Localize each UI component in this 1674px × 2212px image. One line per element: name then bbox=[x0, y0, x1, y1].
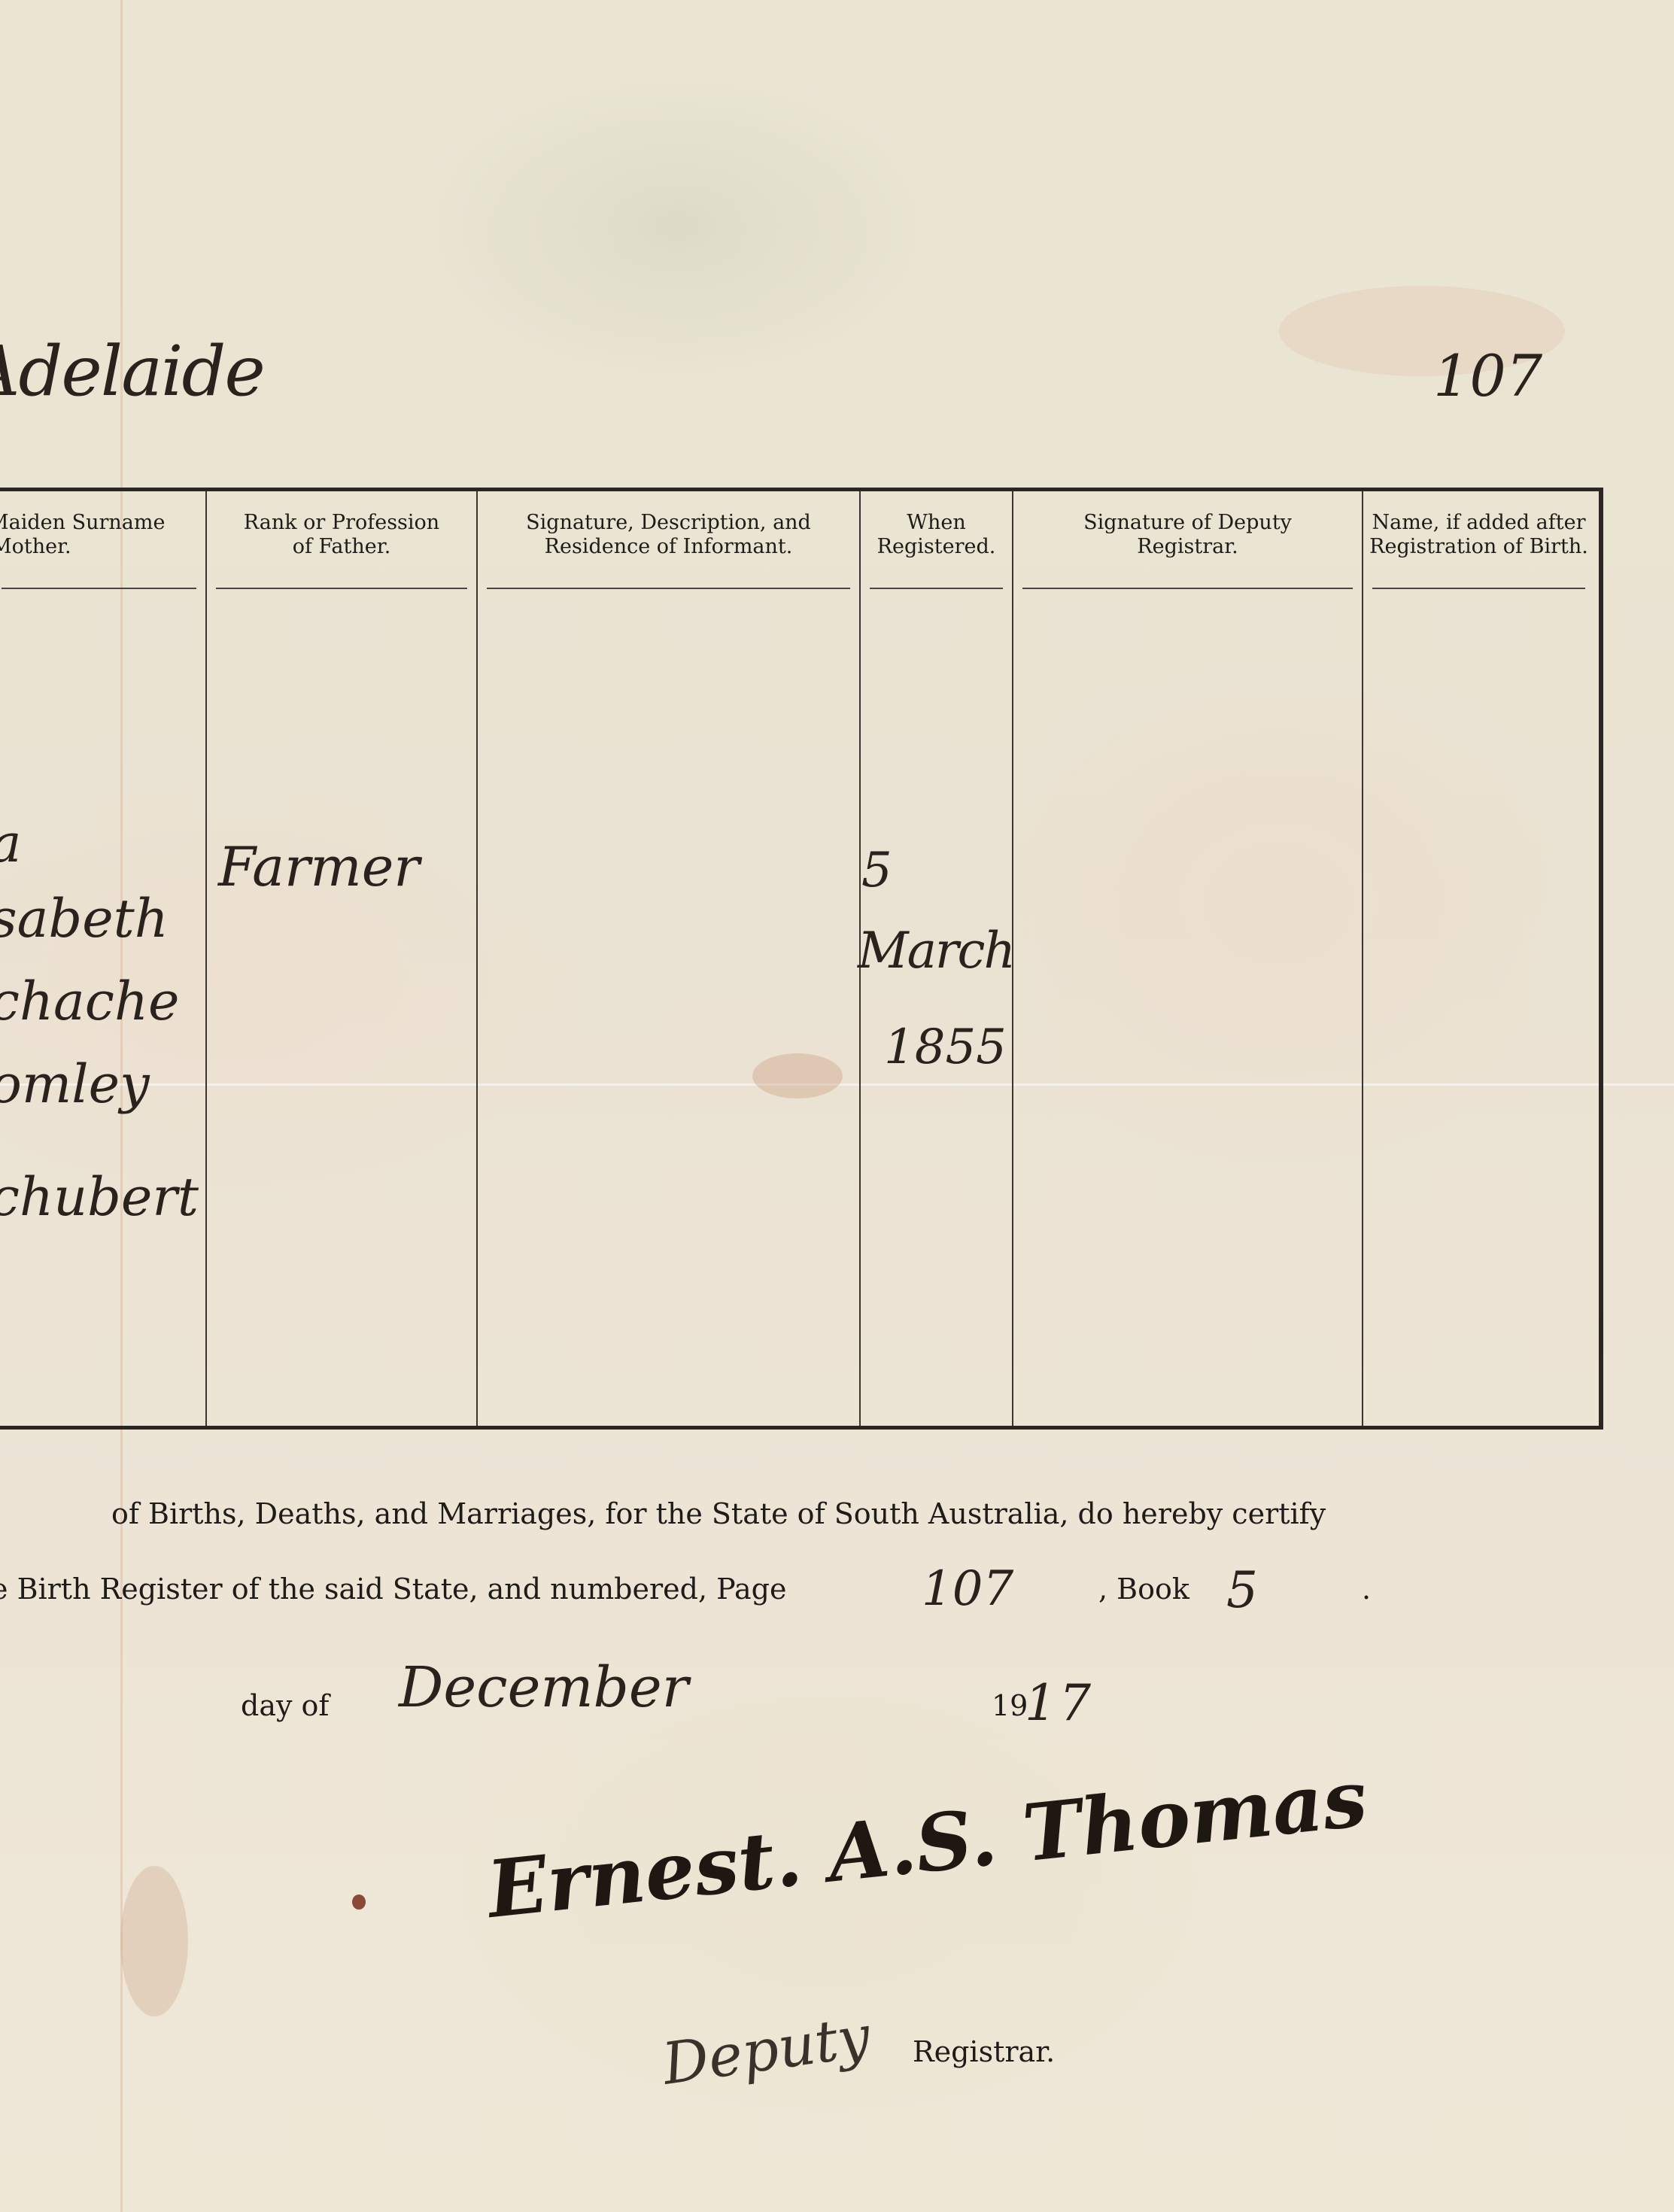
header-rule bbox=[216, 588, 467, 589]
header-rule bbox=[1372, 588, 1585, 589]
column-mother: Maiden Surname Mother. bbox=[0, 491, 207, 1426]
year-prefix: 19 bbox=[992, 1689, 1028, 1722]
line-end-period: . bbox=[1362, 1572, 1371, 1606]
entry-number: 107 bbox=[1433, 342, 1542, 409]
registrar-label: Registrar. bbox=[913, 2035, 1055, 2068]
deputy-handwritten: Deputy bbox=[658, 2002, 874, 2098]
mother-name-line: ...sabeth bbox=[0, 888, 169, 950]
mother-name-line: ...chache bbox=[0, 971, 180, 1032]
register-table: Maiden Surname Mother. Rank or Professio… bbox=[0, 488, 1603, 1430]
district-name: Adelaide bbox=[0, 331, 264, 412]
column-header: Rank or Profession of Father. bbox=[207, 511, 476, 559]
registrar-signature: Ernest. A.S. Thomas bbox=[483, 1752, 1371, 1936]
column-header: When Registered. bbox=[861, 511, 1012, 559]
header-rule bbox=[487, 588, 850, 589]
certification-line-2-text: e Birth Register of the said State, and … bbox=[0, 1572, 786, 1606]
book-number-value: 5 bbox=[1226, 1561, 1258, 1619]
column-name-added: Name, if added after Registration of Bir… bbox=[1363, 491, 1594, 1426]
father-rank-value: Farmer bbox=[218, 835, 420, 898]
registered-month: March bbox=[858, 922, 1014, 980]
month-value: December bbox=[399, 1655, 688, 1720]
column-father-rank: Rank or Profession of Father. bbox=[207, 491, 478, 1426]
column-deputy-signature: Signature of Deputy Registrar. bbox=[1013, 491, 1363, 1426]
page-number-value: 107 bbox=[922, 1561, 1013, 1617]
header-rule bbox=[1022, 588, 1353, 589]
column-header: Maiden Surname Mother. bbox=[0, 511, 205, 559]
registered-year: 1855 bbox=[884, 1019, 1007, 1075]
mother-name-line: ...a bbox=[0, 813, 22, 874]
header-rule bbox=[2, 588, 196, 589]
column-informant: Signature, Description, and Residence of… bbox=[478, 491, 861, 1426]
column-header: Signature, Description, and Residence of… bbox=[478, 511, 859, 559]
mother-name-line: ...omley bbox=[0, 1053, 150, 1115]
header-rule bbox=[870, 588, 1003, 589]
ink-spot bbox=[352, 1894, 366, 1910]
column-header: Signature of Deputy Registrar. bbox=[1013, 511, 1362, 559]
paper-stain bbox=[120, 1866, 188, 2016]
registered-day: 5 bbox=[861, 843, 892, 898]
mother-name-line: ...chubert bbox=[0, 1166, 199, 1228]
day-of-label: day of bbox=[241, 1689, 329, 1722]
book-label: , Book bbox=[1098, 1572, 1189, 1606]
certification-line-2: e Birth Register of the said State, and … bbox=[0, 1572, 786, 1606]
certification-line-1: of Births, Deaths, and Marriages, for th… bbox=[111, 1497, 1326, 1530]
column-header: Name, if added after Registration of Bir… bbox=[1363, 511, 1594, 559]
year-suffix: 17 bbox=[1025, 1674, 1094, 1732]
